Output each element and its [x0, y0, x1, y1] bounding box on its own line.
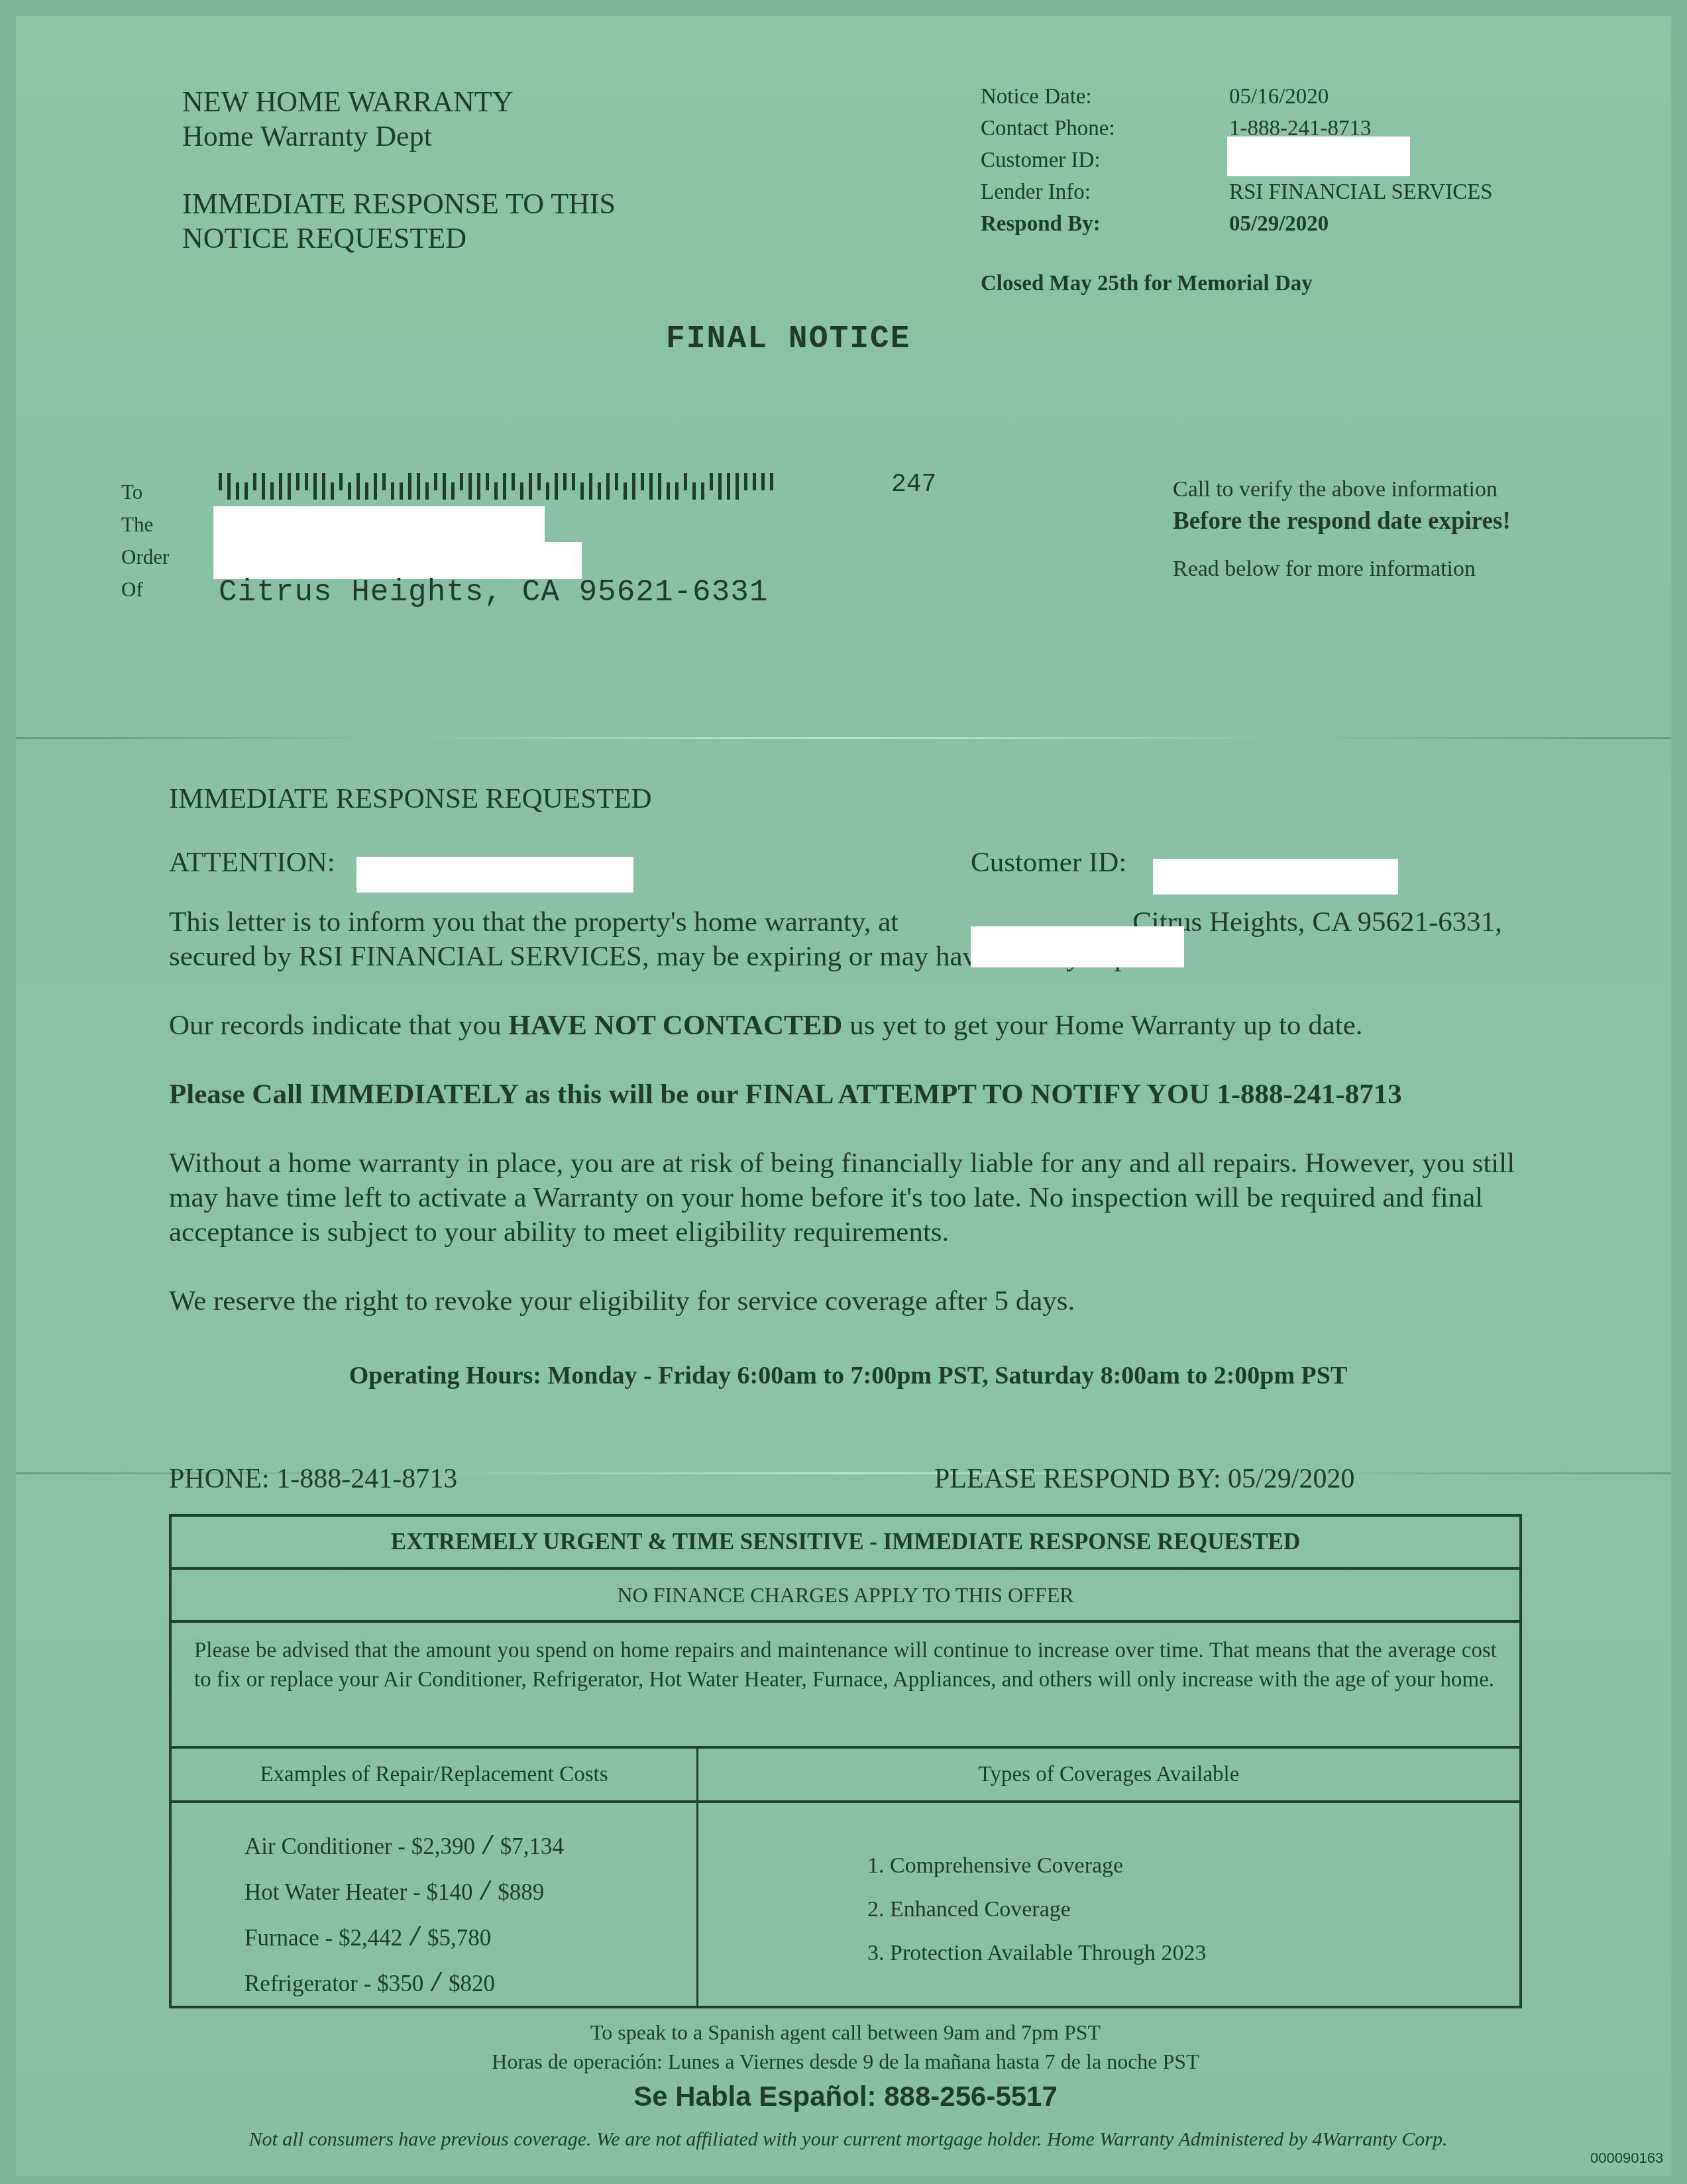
coverages-header: Types of Coverages Available	[698, 1749, 1519, 1803]
info-value: 05/29/2020	[1229, 208, 1560, 240]
attention-label: ATTENTION:	[169, 847, 335, 878]
costs-list: Air Conditioner - $2,390 / $7,134Hot Wat…	[172, 1803, 696, 2006]
redaction-street	[213, 542, 582, 579]
phone-respond-row: PHONE: 1-888-241-8713 PLEASE RESPOND BY:…	[169, 1463, 1428, 1495]
respond-by-date: PLEASE RESPOND BY: 05/29/2020	[934, 1463, 1354, 1495]
info-row-lender: Lender Info: RSI FINANCIAL SERVICES	[981, 176, 1560, 208]
verify-line-1: Call to verify the above information	[1173, 474, 1511, 506]
sequence-number: 247	[891, 470, 936, 499]
of-label: Of	[121, 573, 169, 606]
company-name: NEW HOME WARRANTY	[182, 85, 616, 119]
closed-notice: Closed May 25th for Memorial Day	[981, 272, 1313, 296]
postal-barcode	[219, 473, 785, 500]
advisory-text: Please be advised that the amount you sp…	[172, 1623, 1519, 1749]
disclaimer: Not all consumers have previous coverage…	[159, 2128, 1537, 2151]
info-row-respond-by: Respond By: 05/29/2020	[981, 208, 1560, 240]
department-name: Home Warranty Dept	[182, 119, 616, 154]
info-label: Lender Info:	[981, 176, 1229, 208]
sender-block: NEW HOME WARRANTY Home Warranty Dept IMM…	[182, 85, 616, 256]
costs-column: Examples of Repair/Replacement Costs Air…	[172, 1749, 698, 2006]
paragraph-text: Our records indicate that you	[169, 1010, 508, 1041]
paragraph-revoke: We reserve the right to revoke your elig…	[169, 1284, 1527, 1319]
order-label: Order	[121, 541, 169, 573]
redaction-customer-id-body	[1153, 859, 1398, 895]
coverages-column: Types of Coverages Available 1. Comprehe…	[698, 1749, 1519, 2006]
offer-columns: Examples of Repair/Replacement Costs Air…	[172, 1749, 1519, 2006]
no-finance-banner: NO FINANCE CHARGES APPLY TO THIS OFFER	[172, 1570, 1519, 1623]
emphasis-text: HAVE NOT CONTACTED	[508, 1010, 842, 1041]
the-label: The	[121, 508, 169, 541]
cost-item: Refrigerator - $350 / $820	[245, 1960, 696, 2006]
verify-block: Call to verify the above information Bef…	[1173, 474, 1511, 585]
body-heading: IMMEDIATE RESPONSE REQUESTED	[169, 782, 1527, 816]
city-line: Citrus Heights, CA 95621-6331	[219, 575, 769, 610]
coverage-item: 1. Comprehensive Coverage	[867, 1844, 1519, 1888]
paragraph-warranty-status: This letter is to inform you that the pr…	[169, 905, 1527, 974]
to-the-order-of: To The Order Of	[121, 476, 169, 606]
page-title: FINAL NOTICE	[666, 321, 911, 357]
spanish-line-2: Horas de operación: Lunes a Viernes desd…	[169, 2047, 1522, 2076]
redaction-customer-id	[1227, 136, 1410, 176]
redaction-name	[213, 506, 545, 543]
request-line-1: IMMEDIATE RESPONSE TO THIS	[182, 187, 616, 221]
info-label: Notice Date:	[981, 81, 1229, 113]
urgent-banner: EXTREMELY URGENT & TIME SENSITIVE - IMME…	[172, 1517, 1519, 1570]
verify-line-2: Before the respond date expires!	[1173, 506, 1511, 537]
spanish-info: To speak to a Spanish agent call between…	[169, 2018, 1522, 2076]
request-line-2: NOTICE REQUESTED	[182, 221, 616, 256]
info-value: 05/16/2020	[1229, 81, 1560, 113]
info-row-notice-date: Notice Date: 05/16/2020	[981, 81, 1560, 113]
redaction-attention	[356, 857, 633, 893]
offer-box: EXTREMELY URGENT & TIME SENSITIVE - IMME…	[169, 1514, 1522, 2008]
paragraph-final-attempt: Please Call IMMEDIATELY as this will be …	[169, 1077, 1527, 1112]
to-label: To	[121, 476, 169, 508]
paragraph-not-contacted: Our records indicate that you HAVE NOT C…	[169, 1009, 1527, 1043]
fold-line	[16, 737, 1671, 739]
redaction-property-address	[971, 926, 1184, 967]
info-label: Respond By:	[981, 208, 1229, 240]
customer-id-label: Customer ID:	[971, 846, 1126, 880]
spanish-phone: Se Habla Español: 888-256-5517	[169, 2081, 1522, 2112]
verify-line-3: Read below for more information	[1173, 553, 1511, 585]
coverage-item: 3. Protection Available Through 2023	[867, 1932, 1519, 1975]
cost-item: Air Conditioner - $2,390 / $7,134	[245, 1823, 696, 1869]
info-label: Contact Phone:	[981, 113, 1229, 144]
paragraph-text: This letter is to inform you that the pr…	[169, 906, 898, 938]
info-value: RSI FINANCIAL SERVICES	[1229, 176, 1560, 208]
paragraph-text: us yet to get your Home Warranty up to d…	[842, 1010, 1362, 1041]
operating-hours: Operating Hours: Monday - Friday 6:00am …	[169, 1358, 1527, 1393]
paragraph-risk: Without a home warranty in place, you ar…	[169, 1146, 1527, 1250]
cost-item: Furnace - $2,442 / $5,780	[245, 1914, 696, 1960]
coverage-item: 2. Enhanced Coverage	[867, 1888, 1519, 1932]
cost-item: Hot Water Heater - $140 / $889	[245, 1869, 696, 1914]
info-label: Customer ID:	[981, 144, 1229, 176]
coverages-list: 1. Comprehensive Coverage 2. Enhanced Co…	[698, 1803, 1519, 1975]
document-number: 000090163	[1590, 2150, 1663, 2167]
costs-header: Examples of Repair/Replacement Costs	[172, 1749, 696, 1803]
spanish-line-1: To speak to a Spanish agent call between…	[169, 2018, 1522, 2047]
phone-number: PHONE: 1-888-241-8713	[169, 1464, 457, 1494]
